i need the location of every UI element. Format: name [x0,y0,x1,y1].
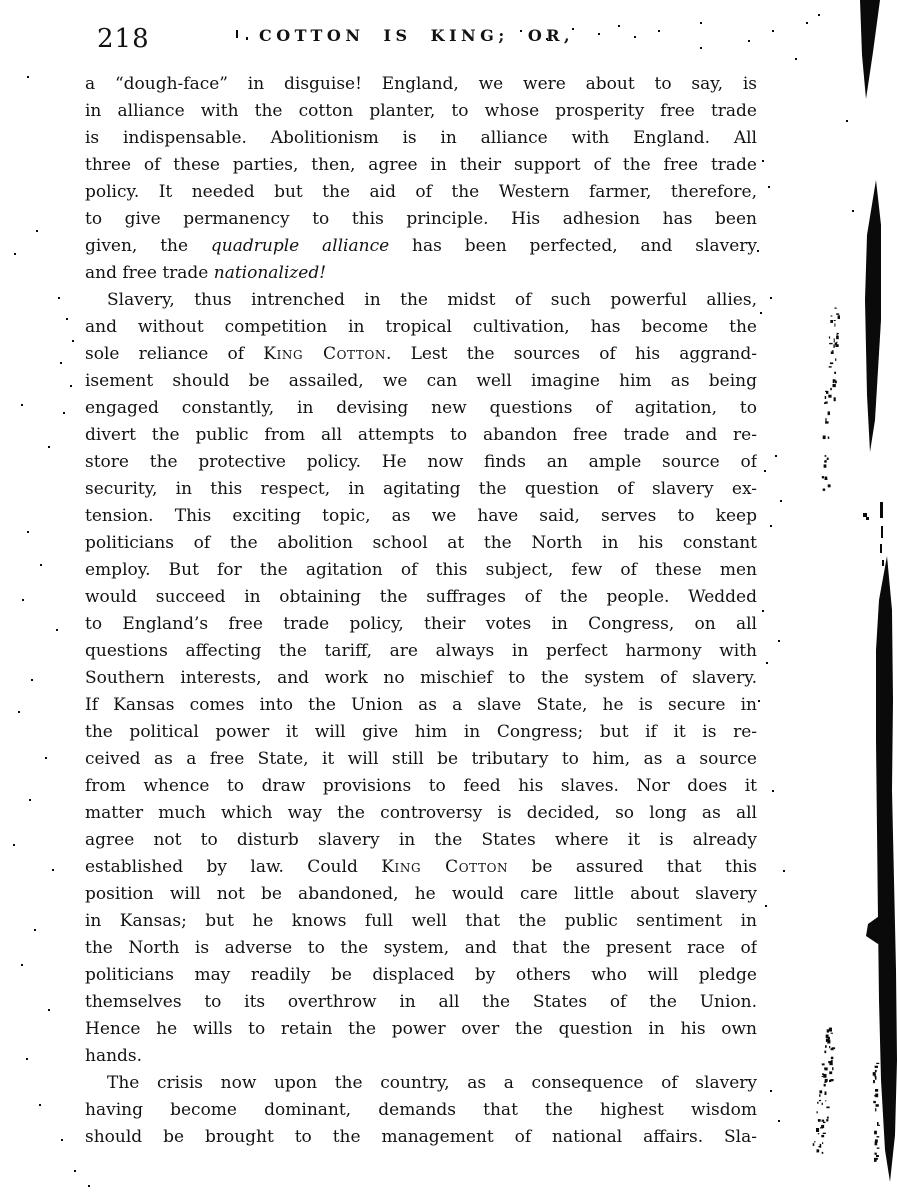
text-line: would succeed in obtaining the suffrages… [85,584,757,611]
text-line: having become dominant, demands that the… [85,1097,757,1124]
text-line: politicians of the abolition school at t… [85,530,757,557]
text-line: employ. But for the agitation of this su… [85,557,757,584]
text-line: The crisis now upon the country, as a co… [85,1070,757,1097]
text-line: isement should be assailed, we can well … [85,368,757,395]
text-line: the political power it will give him in … [85,719,757,746]
text-line: in alliance with the cotton planter, to … [85,98,757,125]
scan-ink-band [876,556,897,1182]
text-line: the North is adverse to the system, and … [85,935,757,962]
body-text: a “dough-face” in disguise! England, we … [85,71,757,1151]
scan-ink-dashes [863,502,884,566]
text-line: agree not to disturb slavery in the Stat… [85,827,757,854]
text-line: in Kansas; but he knows full well that t… [85,908,757,935]
text-line: matter much which way the controversy is… [85,800,757,827]
scan-ink-band [865,180,881,452]
text-line: position will not be abandoned, he would… [85,881,757,908]
text-line: to give permanency to this principle. Hi… [85,206,757,233]
text-line: established by law. Could King Cotton be… [85,854,757,881]
text-line: politicians may readily be displaced by … [85,962,757,989]
text-line: from whence to draw provisions to feed h… [85,773,757,800]
text-line: tension. This exciting topic, as we have… [85,503,757,530]
text-line: Slavery, thus intrenched in the midst of… [85,287,757,314]
text-line: three of these parties, then, agree in t… [85,152,757,179]
text-line: given, the quadruple alliance has been p… [85,233,757,260]
text-line: should be brought to the management of n… [85,1124,757,1151]
text-line: Hence he wills to retain the power over … [85,1016,757,1043]
text-line: sole reliance of King Cotton. Lest the s… [85,341,757,368]
text-line: and without competition in tropical cult… [85,314,757,341]
book-page: 218 COTTON IS KING; OR, a “dough-face” i… [0,0,897,1200]
text-line: policy. It needed but the aid of the Wes… [85,179,757,206]
text-line: questions affecting the tariff, are alwa… [85,638,757,665]
page-number: 218 [97,24,150,54]
text-line: Southern interests, and work no mischief… [85,665,757,692]
scan-ink-blob [866,914,887,944]
text-line: security, in this respect, in agitating … [85,476,757,503]
text-line: divert the public from all attempts to a… [85,422,757,449]
text-line: ceived as a free State, it will still be… [85,746,757,773]
text-line: a “dough-face” in disguise! England, we … [85,71,757,98]
text-line: and free trade nationalized! [85,260,757,287]
text-line: engaged constantly, in devising new ques… [85,395,757,422]
scan-ink-band [860,0,880,99]
text-line: If Kansas comes into the Union as a slav… [85,692,757,719]
text-line: themselves to its overthrow in all the S… [85,989,757,1016]
text-line: store the protective policy. He now find… [85,449,757,476]
running-head-title: COTTON IS KING; OR, [259,26,574,45]
text-line: is indispensable. Abolitionism is in all… [85,125,757,152]
text-line: hands. [85,1043,757,1070]
text-line: to England’s free trade policy, their vo… [85,611,757,638]
